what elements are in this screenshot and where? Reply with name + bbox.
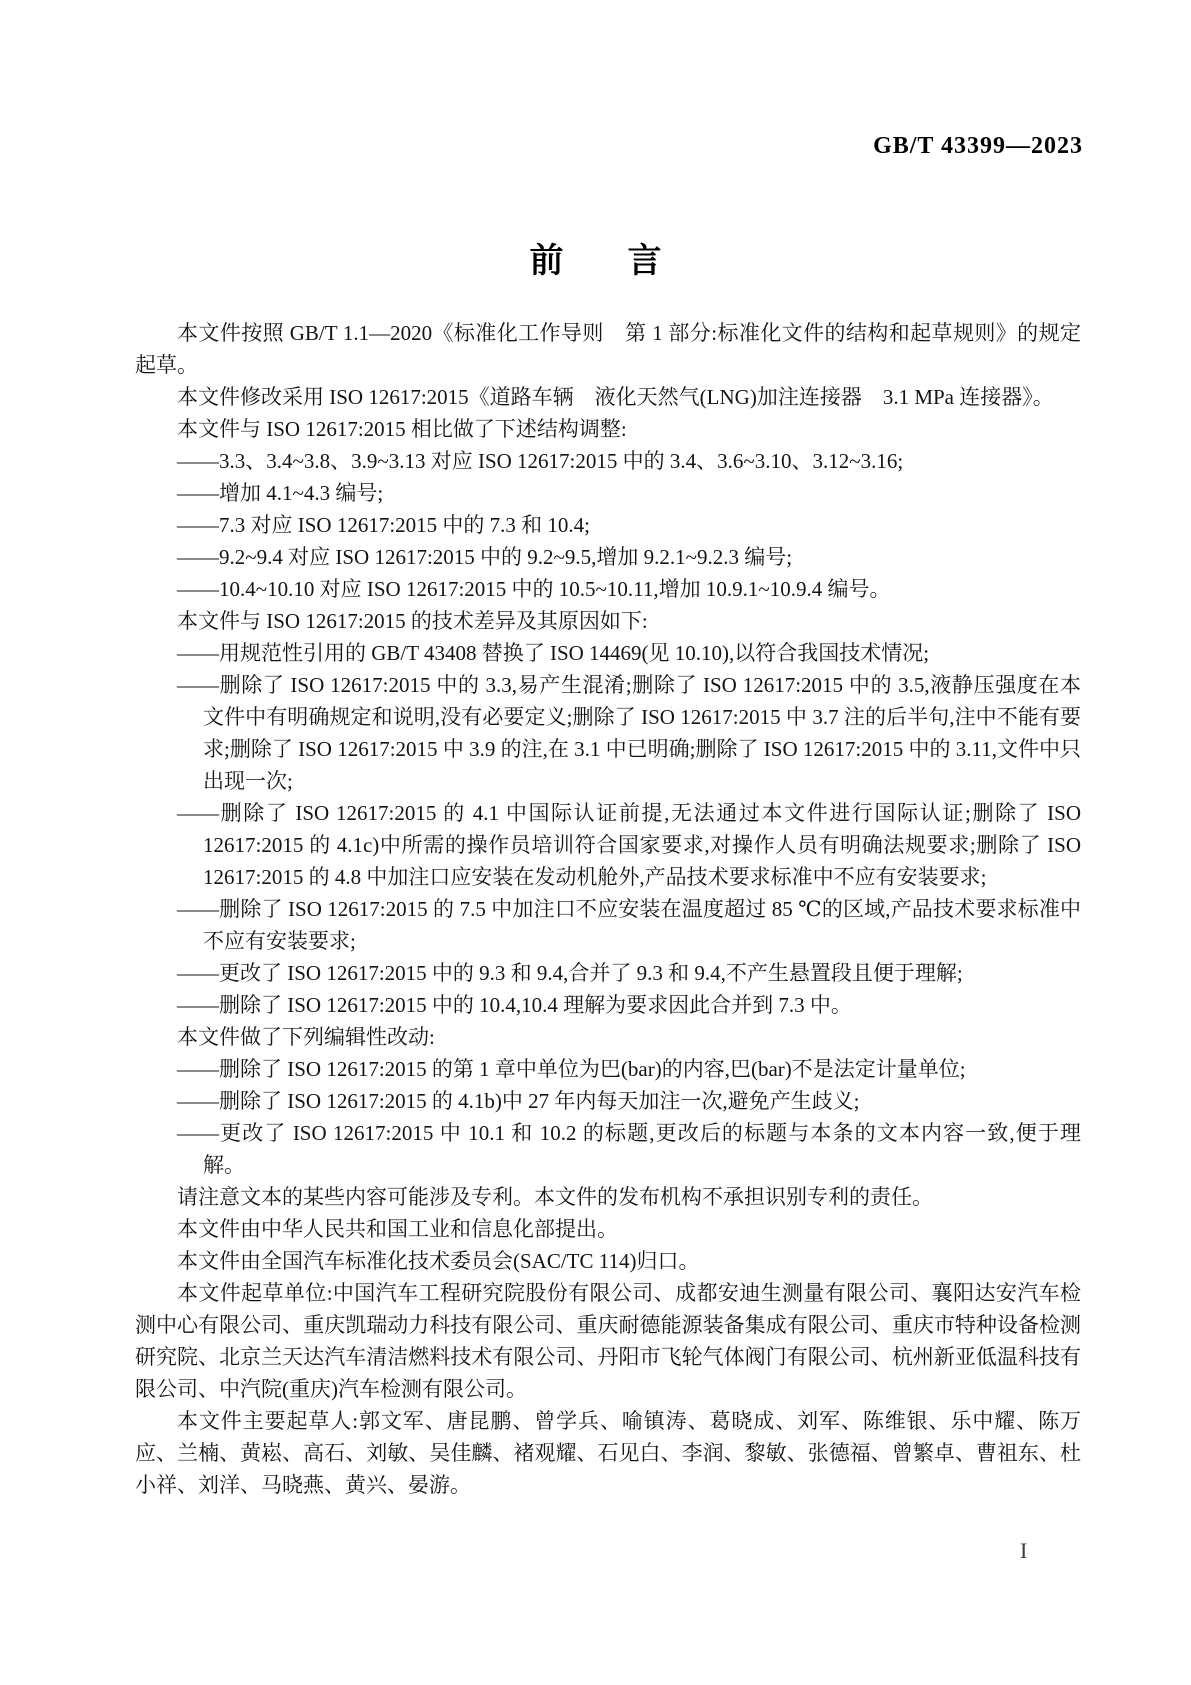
document-page: GB/T 43399—2023 前言 本文件按照 GB/T 1.1—2020《标… (0, 0, 1191, 1685)
foreword-list-item: ——删除了 ISO 12617:2015 中的 3.3,易产生混淆;删除了 IS… (135, 669, 1081, 797)
foreword-paragraph: 请注意文本的某些内容可能涉及专利。本文件的发布机构不承担识别专利的责任。 (135, 1181, 1081, 1213)
foreword-list-item: ——删除了 ISO 12617:2015 的 4.1 中国际认证前提,无法通过本… (135, 797, 1081, 893)
foreword-paragraph: 本文件由中华人民共和国工业和信息化部提出。 (135, 1213, 1081, 1245)
foreword-paragraph: 本文件起草单位:中国汽车工程研究院股份有限公司、成都安迪生测量有限公司、襄阳达安… (135, 1277, 1081, 1405)
foreword-list-item: ——更改了 ISO 12617:2015 中 10.1 和 10.2 的标题,更… (135, 1117, 1081, 1181)
page-title: 前言 (0, 233, 1191, 282)
foreword-list-item: ——3.3、3.4~3.8、3.9~3.13 对应 ISO 12617:2015… (135, 445, 1081, 477)
page-number: I (1020, 1538, 1027, 1564)
foreword-list-item: ——10.4~10.10 对应 ISO 12617:2015 中的 10.5~1… (135, 573, 1081, 605)
foreword-paragraph: 本文件按照 GB/T 1.1—2020《标准化工作导则 第 1 部分:标准化文件… (135, 317, 1081, 381)
foreword-list-item: ——7.3 对应 ISO 12617:2015 中的 7.3 和 10.4; (135, 509, 1081, 541)
foreword-list-item: ——删除了 ISO 12617:2015 中的 10.4,10.4 理解为要求因… (135, 989, 1081, 1021)
foreword-list-item: ——更改了 ISO 12617:2015 中的 9.3 和 9.4,合并了 9.… (135, 957, 1081, 989)
foreword-paragraph: 本文件做了下列编辑性改动: (135, 1021, 1081, 1053)
foreword-list-item: ——删除了 ISO 12617:2015 的 7.5 中加注口不应安装在温度超过… (135, 893, 1081, 957)
foreword-list-item: ——增加 4.1~4.3 编号; (135, 477, 1081, 509)
foreword-paragraph: 本文件修改采用 ISO 12617:2015《道路车辆 液化天然气(LNG)加注… (135, 381, 1081, 413)
foreword-list-item: ——9.2~9.4 对应 ISO 12617:2015 中的 9.2~9.5,增… (135, 541, 1081, 573)
title-char-yan: 言 (628, 233, 662, 282)
standard-number: GB/T 43399—2023 (135, 133, 1083, 160)
foreword-list-item: ——用规范性引用的 GB/T 43408 替换了 ISO 14469(见 10.… (135, 637, 1081, 669)
foreword-paragraph: 本文件与 ISO 12617:2015 相比做了下述结构调整: (135, 413, 1081, 445)
title-char-qian: 前 (530, 233, 564, 282)
foreword-content: 本文件按照 GB/T 1.1—2020《标准化工作导则 第 1 部分:标准化文件… (135, 317, 1081, 1501)
foreword-paragraph: 本文件由全国汽车标准化技术委员会(SAC/TC 114)归口。 (135, 1245, 1081, 1277)
foreword-list-item: ——删除了 ISO 12617:2015 的 4.1b)中 27 年内每天加注一… (135, 1085, 1081, 1117)
foreword-paragraph: 本文件与 ISO 12617:2015 的技术差异及其原因如下: (135, 605, 1081, 637)
foreword-paragraph: 本文件主要起草人:郭文军、唐昆鹏、曾学兵、喻镇涛、葛晓成、刘军、陈维银、乐中耀、… (135, 1405, 1081, 1501)
foreword-list-item: ——删除了 ISO 12617:2015 的第 1 章中单位为巴(bar)的内容… (135, 1053, 1081, 1085)
